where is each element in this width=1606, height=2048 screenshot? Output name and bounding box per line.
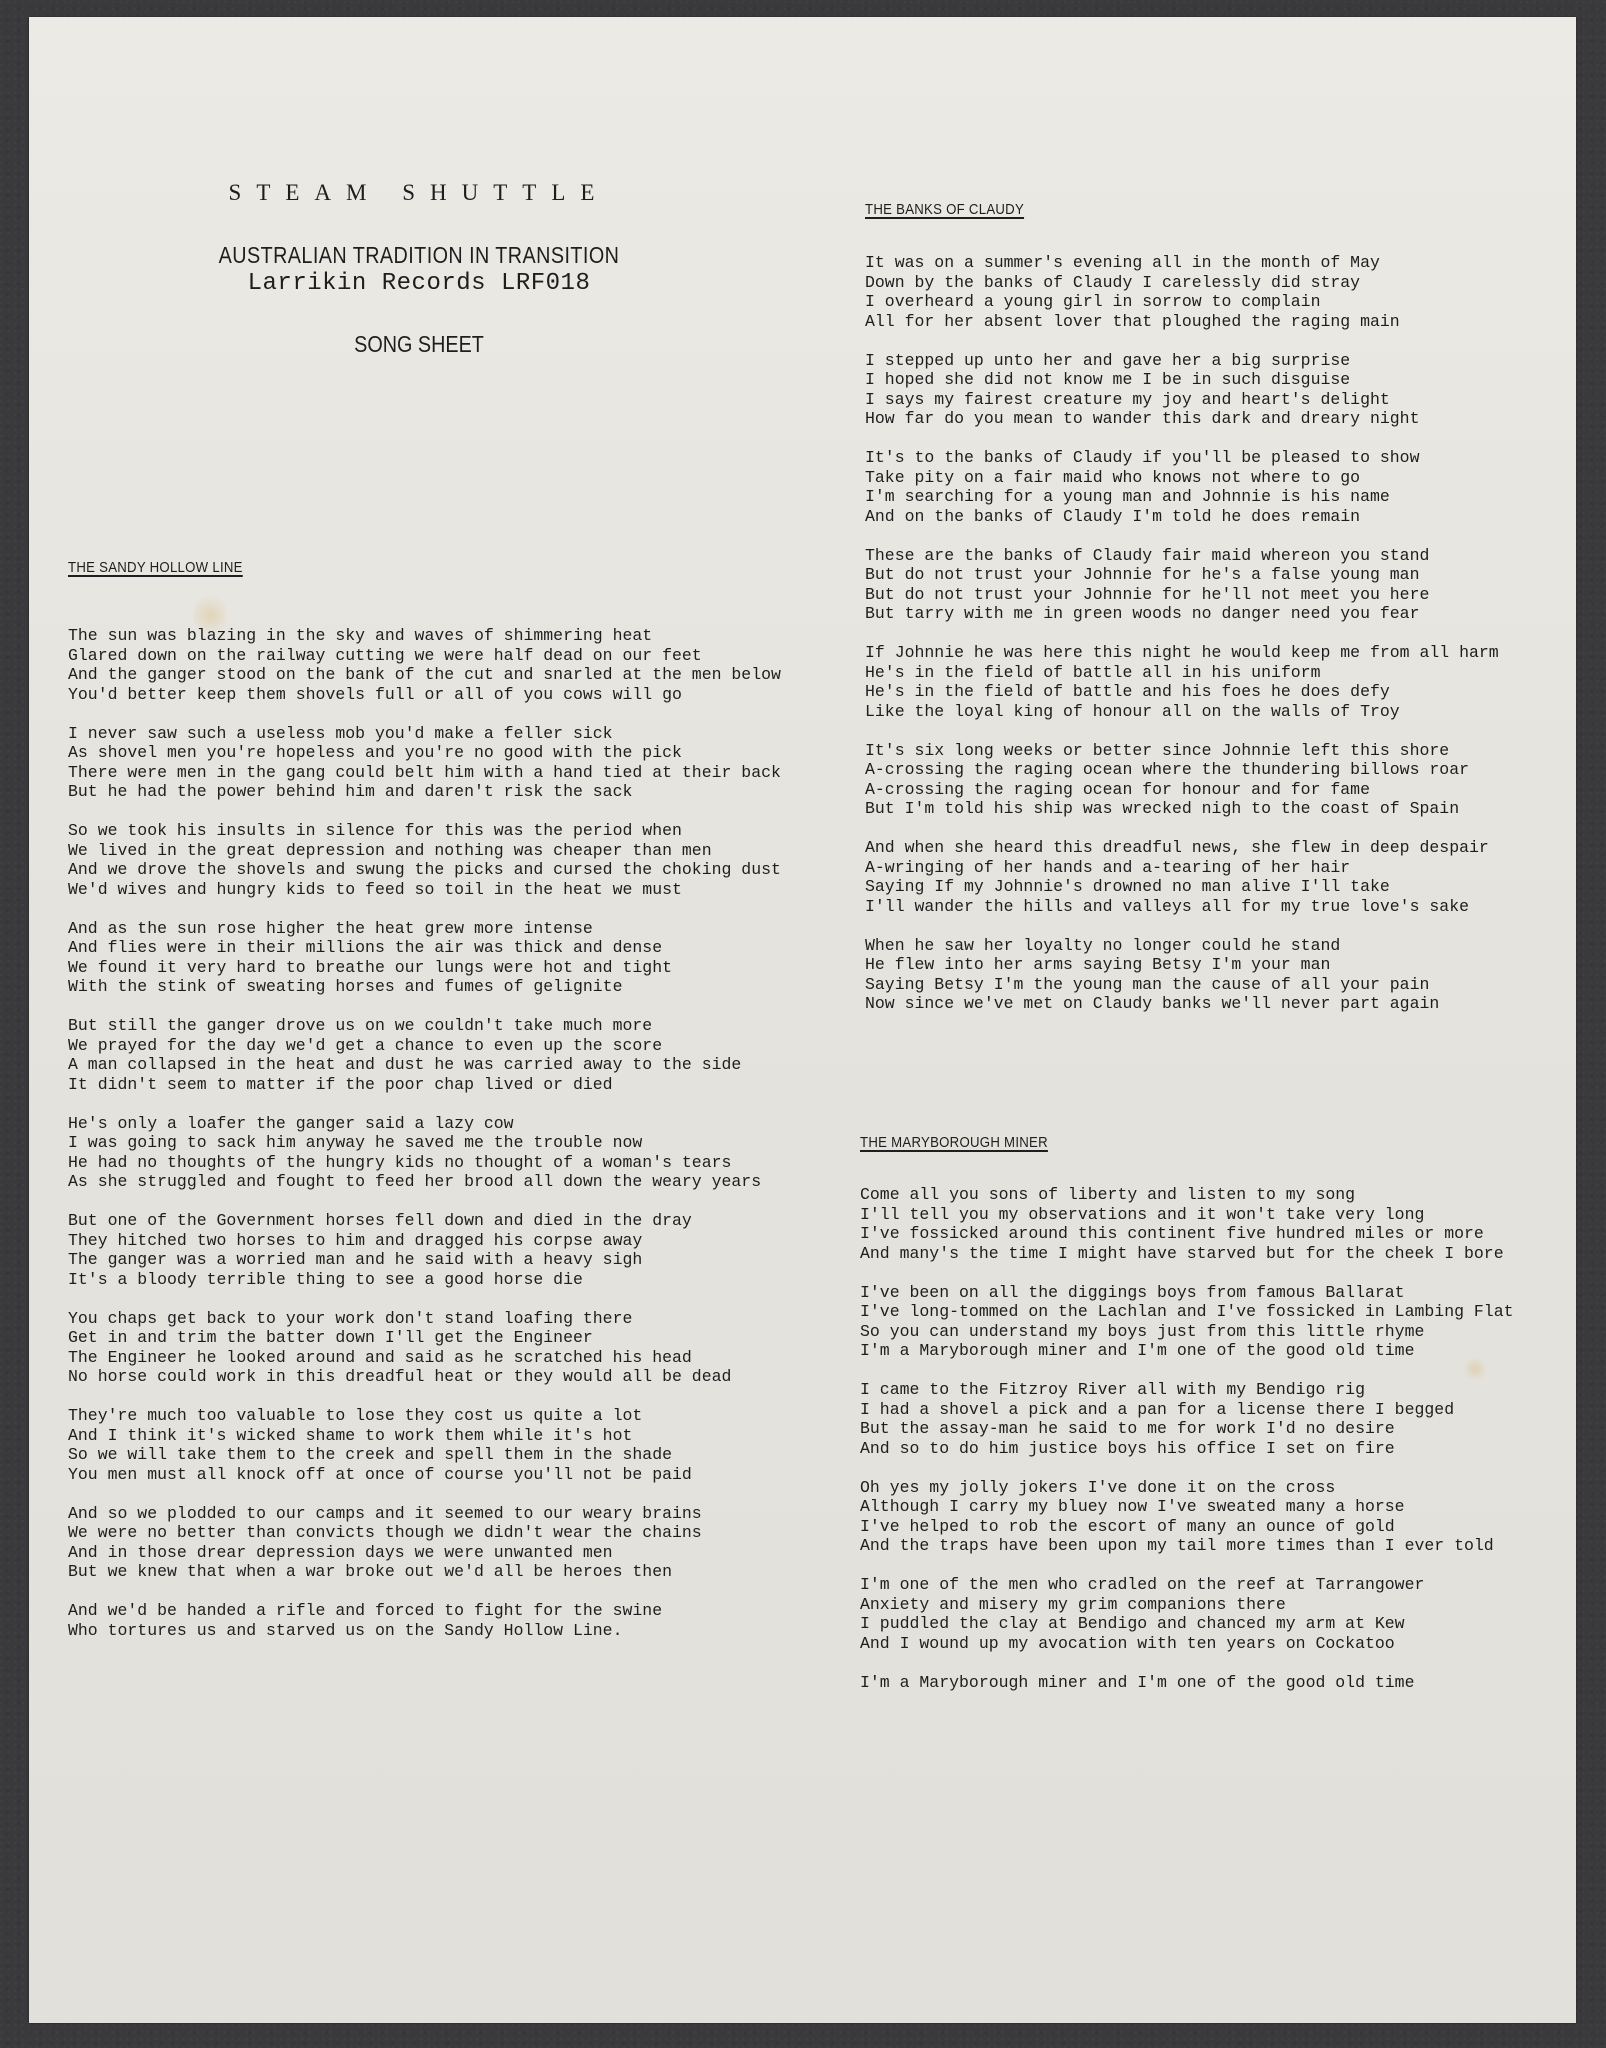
song-lyrics: It was on a summer's evening all in the … (865, 253, 1499, 1014)
song-title: THE BANKS OF CLAUDY (865, 200, 1024, 220)
stanza: And we'd be handed a rifle and forced to… (68, 1601, 781, 1640)
lyric-line: Down by the banks of Claudy I carelessly… (865, 273, 1499, 293)
lyric-line: We prayed for the day we'd get a chance … (68, 1036, 781, 1056)
lyric-line: I hoped she did not know me I be in such… (865, 370, 1499, 390)
record-label: Larrikin Records LRF018 (29, 270, 809, 297)
stanza: And as the sun rose higher the heat grew… (68, 919, 781, 997)
lyric-line: And so we plodded to our camps and it se… (68, 1504, 781, 1524)
stanza-gap (865, 721, 1499, 741)
song-lyrics: The sun was blazing in the sky and waves… (68, 626, 781, 1640)
lyric-line: And I wound up my avocation with ten yea… (860, 1634, 1514, 1654)
lyric-line: There were men in the gang could belt hi… (68, 763, 781, 783)
song-title: THE MARYBOROUGH MINER (860, 1133, 1048, 1153)
stanza: But one of the Government horses fell do… (68, 1211, 781, 1289)
stanza: I've been on all the diggings boys from … (860, 1283, 1514, 1361)
lyric-line: They're much too valuable to lose they c… (68, 1406, 781, 1426)
stanza: I stepped up unto her and gave her a big… (865, 351, 1499, 429)
stanza-gap (865, 331, 1499, 351)
lyric-line: I says my fairest creature my joy and he… (865, 390, 1499, 410)
lyric-line: I never saw such a useless mob you'd mak… (68, 724, 781, 744)
lyric-line: But tarry with me in green woods no dang… (865, 604, 1499, 624)
lyric-line: Saying Betsy I'm the young man the cause… (865, 975, 1499, 995)
lyric-line: We'd wives and hungry kids to feed so to… (68, 880, 781, 900)
lyric-line: They hitched two horses to him and dragg… (68, 1231, 781, 1251)
lyric-line: And the traps have been upon my tail mor… (860, 1536, 1514, 1556)
stanza-gap (68, 1094, 781, 1114)
stanza: When he saw her loyalty no longer could … (865, 936, 1499, 1014)
stanza-gap (865, 624, 1499, 644)
lyric-line: As shovel men you're hopeless and you're… (68, 743, 781, 763)
song-lyrics: Come all you sons of liberty and listen … (860, 1185, 1514, 1692)
lyric-line: A-wringing of her hands and a-tearing of… (865, 858, 1499, 878)
stanza-gap (68, 1387, 781, 1407)
lyric-line: I was going to sack him anyway he saved … (68, 1133, 781, 1153)
stanza-gap (865, 429, 1499, 449)
lyric-line: It's to the banks of Claudy if you'll be… (865, 448, 1499, 468)
stanza-gap (860, 1263, 1514, 1283)
stanza-gap (865, 916, 1499, 936)
lyric-line: Like the loyal king of honour all on the… (865, 702, 1499, 722)
stanza: It's to the banks of Claudy if you'll be… (865, 448, 1499, 526)
lyric-line: Come all you sons of liberty and listen … (860, 1185, 1514, 1205)
lyric-line: We lived in the great depression and not… (68, 841, 781, 861)
lyric-line: And on the banks of Claudy I'm told he d… (865, 507, 1499, 527)
stanza: I'm a Maryborough miner and I'm one of t… (860, 1673, 1514, 1693)
lyric-line: If Johnnie he was here this night he wou… (865, 643, 1499, 663)
stanza: He's only a loafer the ganger said a laz… (68, 1114, 781, 1192)
lyric-line: But the assay-man he said to me for work… (860, 1419, 1514, 1439)
lyric-line: It's six long weeks or better since John… (865, 741, 1499, 761)
lyric-line: With the stink of sweating horses and fu… (68, 977, 781, 997)
lyric-line: I've helped to rob the escort of many an… (860, 1517, 1514, 1537)
stanza: So we took his insults in silence for th… (68, 821, 781, 899)
stanza: You chaps get back to your work don't st… (68, 1309, 781, 1387)
lyric-line: And so to do him justice boys his office… (860, 1439, 1514, 1459)
lyric-line: The Engineer he looked around and said a… (68, 1348, 781, 1368)
lyric-line: Glared down on the railway cutting we we… (68, 646, 781, 666)
lyric-line: And I think it's wicked shame to work th… (68, 1426, 781, 1446)
stanza-gap (68, 704, 781, 724)
lyric-line: Anxiety and misery my grim companions th… (860, 1595, 1514, 1615)
stanza-gap (860, 1556, 1514, 1576)
lyric-line: And flies were in their millions the air… (68, 938, 781, 958)
stanza-gap (860, 1653, 1514, 1673)
lyric-line: I'm a Maryborough miner and I'm one of t… (860, 1341, 1514, 1361)
stanza-gap (865, 526, 1499, 546)
lyric-line: But still the ganger drove us on we coul… (68, 1016, 781, 1036)
stanza-gap (68, 899, 781, 919)
lyric-line: Get in and trim the batter down I'll get… (68, 1328, 781, 1348)
lyric-line: How far do you mean to wander this dark … (865, 409, 1499, 429)
lyric-line: But he had the power behind him and dare… (68, 782, 781, 802)
lyric-line: I stepped up unto her and gave her a big… (865, 351, 1499, 371)
stanza-gap (865, 819, 1499, 839)
lyric-line: And we drove the shovels and swung the p… (68, 860, 781, 880)
lyric-line: I overheard a young girl in sorrow to co… (865, 292, 1499, 312)
lyric-line: But do not trust your Johnnie for he'll … (865, 585, 1499, 605)
stanza: I came to the Fitzroy River all with my … (860, 1380, 1514, 1458)
stanza-gap (68, 1192, 781, 1212)
lyric-line: But we knew that when a war broke out we… (68, 1562, 781, 1582)
stanza-gap (68, 802, 781, 822)
lyric-line: We found it very hard to breathe our lun… (68, 958, 781, 978)
song-sandy-hollow-line: THE SANDY HOLLOW LINE The sun was blazin… (68, 558, 781, 1640)
lyric-line: I'm one of the men who cradled on the re… (860, 1575, 1514, 1595)
lyric-line: You'd better keep them shovels full or a… (68, 685, 781, 705)
lyric-line: The ganger was a worried man and he said… (68, 1250, 781, 1270)
sheet-title: SONG SHEET (84, 331, 755, 358)
stanza-gap (68, 1484, 781, 1504)
lyric-line: He flew into her arms saying Betsy I'm y… (865, 955, 1499, 975)
stanza: If Johnnie he was here this night he wou… (865, 643, 1499, 721)
stanza-gap (68, 997, 781, 1017)
stanza: I'm one of the men who cradled on the re… (860, 1575, 1514, 1653)
lyric-line: I had a shovel a pick and a pan for a li… (860, 1400, 1514, 1420)
stanza: I never saw such a useless mob you'd mak… (68, 724, 781, 802)
lyric-line: These are the banks of Claudy fair maid … (865, 546, 1499, 566)
lyric-line: And in those drear depression days we we… (68, 1543, 781, 1563)
lyric-line: He's in the field of battle all in his u… (865, 663, 1499, 683)
lyric-line: It was on a summer's evening all in the … (865, 253, 1499, 273)
lyric-line: I'm searching for a young man and Johnni… (865, 487, 1499, 507)
lyric-line: I came to the Fitzroy River all with my … (860, 1380, 1514, 1400)
lyric-line: I puddled the clay at Bendigo and chance… (860, 1614, 1514, 1634)
lyric-line: I've long-tommed on the Lachlan and I've… (860, 1302, 1514, 1322)
band-name: STEAM SHUTTLE (29, 180, 809, 206)
lyric-line: I'll wander the hills and valleys all fo… (865, 897, 1499, 917)
lyric-line: It didn't seem to matter if the poor cha… (68, 1075, 781, 1095)
stanza-gap (68, 1582, 781, 1602)
lyric-line: I've fossicked around this continent fiv… (860, 1224, 1514, 1244)
song-maryborough-miner: THE MARYBOROUGH MINER Come all you sons … (860, 1133, 1514, 1692)
stanza: It was on a summer's evening all in the … (865, 253, 1499, 331)
lyric-line: But do not trust your Johnnie for he's a… (865, 565, 1499, 585)
lyric-line: Saying If my Johnnie's drowned no man al… (865, 877, 1499, 897)
stanza: These are the banks of Claudy fair maid … (865, 546, 1499, 624)
lyric-line: A man collapsed in the heat and dust he … (68, 1055, 781, 1075)
stanza: The sun was blazing in the sky and waves… (68, 626, 781, 704)
lyric-line: Although I carry my bluey now I've sweat… (860, 1497, 1514, 1517)
lyric-line: No horse could work in this dreadful hea… (68, 1367, 781, 1387)
lyric-line: And many's the time I might have starved… (860, 1244, 1514, 1264)
lyric-line: But I'm told his ship was wrecked nigh t… (865, 799, 1499, 819)
stanza: They're much too valuable to lose they c… (68, 1406, 781, 1484)
lyric-line: You men must all knock off at once of co… (68, 1465, 781, 1485)
lyric-line: All for her absent lover that ploughed t… (865, 312, 1499, 332)
stanza: Oh yes my jolly jokers I've done it on t… (860, 1478, 1514, 1556)
lyric-line: Now since we've met on Claudy banks we'l… (865, 994, 1499, 1014)
stanza: And when she heard this dreadful news, s… (865, 838, 1499, 916)
stanza-gap (860, 1361, 1514, 1381)
lyric-line: He's in the field of battle and his foes… (865, 682, 1499, 702)
stanza: Come all you sons of liberty and listen … (860, 1185, 1514, 1263)
lyric-line: The sun was blazing in the sky and waves… (68, 626, 781, 646)
song-title: THE SANDY HOLLOW LINE (68, 558, 243, 578)
lyric-line: I'll tell you my observations and it won… (860, 1205, 1514, 1225)
lyric-line: So we will take them to the creek and sp… (68, 1445, 781, 1465)
lyric-line: We were no better than convicts though w… (68, 1523, 781, 1543)
song-banks-of-claudy: THE BANKS OF CLAUDY It was on a summer's… (865, 200, 1499, 1014)
lyric-line: Who tortures us and starved us on the Sa… (68, 1621, 781, 1641)
stanza-gap (68, 1289, 781, 1309)
lyric-line: You chaps get back to your work don't st… (68, 1309, 781, 1329)
lyric-line: A-crossing the raging ocean for honour a… (865, 780, 1499, 800)
lyric-line: He's only a loafer the ganger said a laz… (68, 1114, 781, 1134)
song-sheet-page: STEAM SHUTTLE AUSTRALIAN TRADITION IN TR… (29, 17, 1576, 2023)
stanza: But still the ganger drove us on we coul… (68, 1016, 781, 1094)
stanza: And so we plodded to our camps and it se… (68, 1504, 781, 1582)
stanza-gap (860, 1458, 1514, 1478)
lyric-line: A-crossing the raging ocean where the th… (865, 760, 1499, 780)
lyric-line: So you can understand my boys just from … (860, 1322, 1514, 1342)
lyric-line: And the ganger stood on the bank of the … (68, 665, 781, 685)
lyric-line: And as the sun rose higher the heat grew… (68, 919, 781, 939)
lyric-line: He had no thoughts of the hungry kids no… (68, 1153, 781, 1173)
lyric-line: When he saw her loyalty no longer could … (865, 936, 1499, 956)
lyric-line: Oh yes my jolly jokers I've done it on t… (860, 1478, 1514, 1498)
lyric-line: I've been on all the diggings boys from … (860, 1283, 1514, 1303)
lyric-line: I'm a Maryborough miner and I'm one of t… (860, 1673, 1514, 1693)
lyric-line: Take pity on a fair maid who knows not w… (865, 468, 1499, 488)
lyric-line: But one of the Government horses fell do… (68, 1211, 781, 1231)
album-title: AUSTRALIAN TRADITION IN TRANSITION (84, 242, 755, 269)
lyric-line: So we took his insults in silence for th… (68, 821, 781, 841)
lyric-line: And when she heard this dreadful news, s… (865, 838, 1499, 858)
lyric-line: As she struggled and fought to feed her … (68, 1172, 781, 1192)
stanza: It's six long weeks or better since John… (865, 741, 1499, 819)
lyric-line: It's a bloody terrible thing to see a go… (68, 1270, 781, 1290)
lyric-line: And we'd be handed a rifle and forced to… (68, 1601, 781, 1621)
